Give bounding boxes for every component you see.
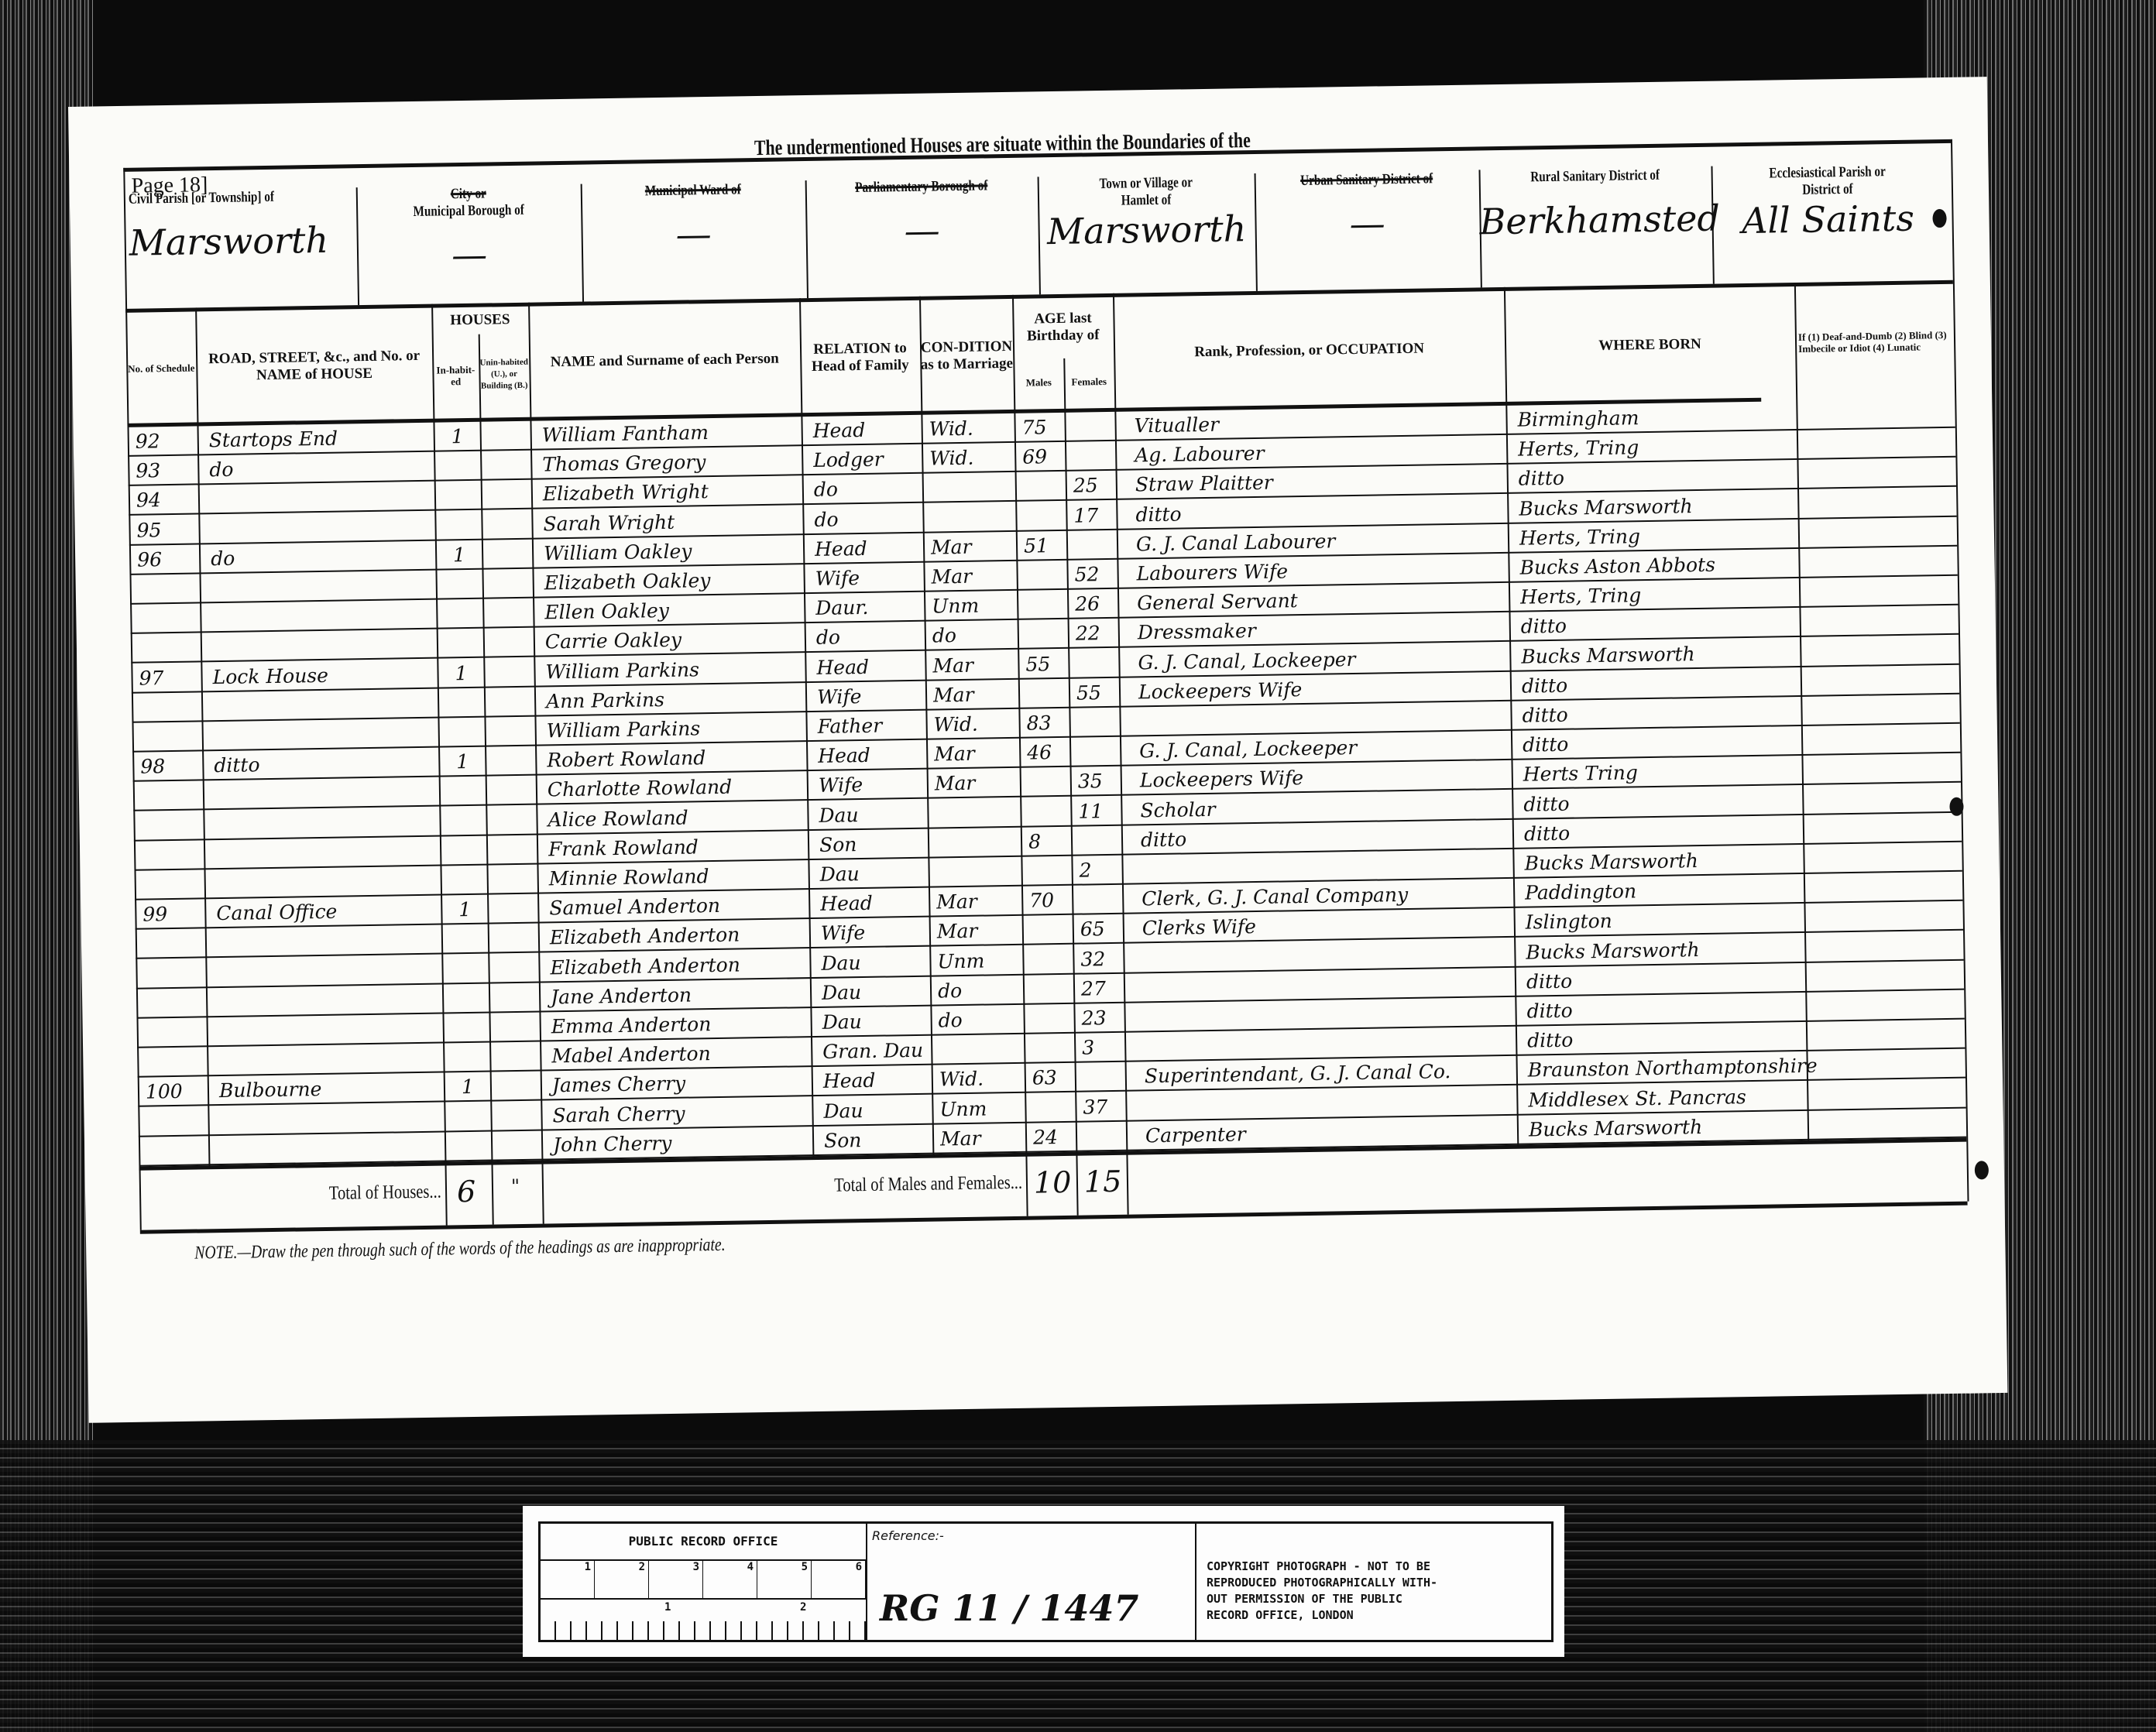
inhabited-count	[458, 866, 458, 895]
inhabited-count	[458, 836, 458, 866]
total-females: 15	[1084, 1164, 1122, 1199]
occupation	[1141, 855, 1142, 884]
inhabited-count	[460, 984, 461, 1013]
header-inhabited: In-habit-ed	[432, 334, 480, 417]
house-name	[218, 1017, 218, 1047]
inhabited-count: 1	[456, 747, 469, 777]
scale-number: 4	[703, 1561, 757, 1598]
relation: Wife	[817, 682, 862, 712]
occupation: Lockeepers Wife	[1138, 675, 1303, 707]
occupation: Dressmaker	[1138, 616, 1257, 647]
schedule-number	[146, 1107, 146, 1137]
ink-blot	[1949, 797, 1963, 816]
header-relation: RELATION to Head of Family	[799, 304, 921, 410]
ruler-number: 1	[664, 1601, 671, 1614]
female-age	[1076, 708, 1077, 738]
male-age: 70	[1029, 886, 1054, 915]
birthplace: Herts, Tring	[1519, 522, 1641, 553]
copyright-line: COPYRIGHT PHOTOGRAPH - NOT TO BE	[1207, 1559, 1540, 1575]
house-name	[211, 574, 211, 603]
relation: Gran. Dau	[822, 1036, 923, 1067]
schedule-number: 96	[137, 545, 162, 574]
marital-condition: Unm	[932, 592, 979, 622]
occupation	[1144, 1033, 1145, 1062]
birthplace: Bucks Marsworth	[1519, 492, 1693, 524]
scale-number: 2	[595, 1561, 649, 1598]
marital-condition	[936, 828, 936, 858]
house-name: Bulbourne	[219, 1075, 322, 1106]
person-name: Sarah Cherry	[552, 1099, 685, 1130]
village-value: Marsworth	[1038, 207, 1255, 252]
schedule-number	[143, 930, 144, 959]
female-age: 17	[1073, 501, 1098, 530]
house-name	[215, 811, 215, 840]
person-name: John Cherry	[553, 1129, 672, 1160]
schedule-number: 93	[136, 456, 160, 485]
occupation: Straw Plaitter	[1135, 468, 1274, 500]
female-age: 23	[1081, 1003, 1106, 1033]
archive-label: PUBLIC RECORD OFFICE 1 2 3 4 5 6 1 2 Ref…	[523, 1506, 1564, 1657]
birthplace: ditto	[1524, 818, 1571, 849]
marital-condition: Unm	[939, 1094, 987, 1124]
female-age	[1074, 530, 1075, 560]
occupation: Clerks Wife	[1142, 912, 1257, 943]
header-age: AGE last Birthday of	[1012, 297, 1114, 358]
person-name: James Cherry	[552, 1069, 686, 1101]
birthplace: ditto	[1527, 1026, 1574, 1056]
relation: Dau	[821, 948, 861, 979]
relation: Dau	[819, 859, 860, 890]
person-name: Ann Parkins	[546, 685, 664, 716]
house-name	[210, 485, 211, 515]
ecclesiastical-parish-field: Ecclesiastical Parish or District of All…	[1711, 163, 1945, 283]
relation: Dau	[823, 1096, 863, 1127]
male-age: 24	[1033, 1123, 1058, 1152]
total-houses-inhabited: 6	[457, 1175, 476, 1209]
rural-sanitary-field: Rural Sanitary District of Berkhamsted	[1479, 166, 1713, 286]
occupation	[1143, 973, 1144, 1003]
house-name	[213, 692, 214, 722]
birthplace: Herts, Tring	[1518, 433, 1639, 464]
marital-condition	[935, 799, 936, 828]
house-name: Lock House	[212, 660, 328, 691]
inhabited-count	[457, 777, 458, 807]
male-age	[1023, 502, 1024, 531]
total-persons-label: Total of Males and Females...	[834, 1172, 1022, 1197]
marital-condition: Mar	[931, 562, 972, 592]
ecclesiastical-parish-value: All Saints	[1711, 197, 1945, 242]
marital-condition: Unm	[937, 946, 984, 976]
house-name: do	[211, 544, 235, 573]
inhabited-count: 1	[453, 540, 466, 570]
occupation: Scholar	[1140, 794, 1216, 825]
schedule-number	[142, 871, 143, 900]
archive-scale: PUBLIC RECORD OFFICE 1 2 3 4 5 6 1 2	[541, 1524, 867, 1640]
relation: Dau	[819, 801, 859, 831]
schedule-number	[140, 723, 141, 753]
female-age: 26	[1075, 589, 1100, 619]
male-age	[1024, 561, 1025, 591]
header-infirmity: If (1) Deaf-and-Dumb (2) Blind (3) Imbec…	[1794, 288, 1958, 395]
male-age	[1025, 620, 1026, 650]
female-age: 65	[1080, 914, 1105, 944]
occupation	[1142, 944, 1143, 973]
header-name: NAME and Surname of each Person	[528, 306, 801, 414]
scale-number: 3	[649, 1561, 703, 1598]
header-where-born: WHERE BORN	[1504, 290, 1796, 400]
house-name: Startops End	[208, 424, 338, 456]
urban-sanitary-field: Urban Sanitary District of —	[1255, 170, 1481, 290]
village-field: Town or Village or Hamlet of Marsworth	[1038, 173, 1256, 293]
schedule-number	[138, 575, 139, 605]
occupation: Labourers Wife	[1136, 557, 1288, 588]
birthplace: ditto	[1522, 701, 1568, 731]
schedule-number: 97	[139, 664, 163, 693]
person-name: William Parkins	[546, 714, 700, 746]
header-males: Males	[1013, 358, 1064, 406]
occupation: Carpenter	[1145, 1120, 1246, 1151]
inhabited-count	[455, 688, 456, 718]
female-age	[1077, 738, 1078, 767]
schedule-number	[145, 1019, 146, 1048]
marital-condition: do	[938, 976, 963, 1006]
female-age	[1073, 442, 1073, 472]
person-name: Charlotte Rowland	[548, 773, 733, 805]
scale-number: 1	[541, 1561, 595, 1598]
male-age	[1023, 472, 1024, 502]
female-age: 22	[1076, 619, 1100, 649]
marital-condition: do	[932, 621, 957, 650]
house-name: ditto	[214, 750, 260, 780]
copyright-line: RECORD OFFICE, LONDON	[1207, 1607, 1540, 1624]
total-houses-uninhabited: "	[511, 1175, 520, 1197]
male-age: 63	[1032, 1063, 1057, 1092]
birthplace: ditto	[1518, 464, 1564, 494]
male-age: 46	[1027, 738, 1052, 767]
archive-label-frame: PUBLIC RECORD OFFICE 1 2 3 4 5 6 1 2 Ref…	[538, 1521, 1553, 1642]
female-age: 2	[1079, 856, 1092, 885]
total-males: 10	[1034, 1165, 1072, 1200]
relation: Head	[816, 652, 869, 682]
schedule-number	[142, 841, 142, 870]
male-age: 51	[1024, 531, 1049, 561]
inhabited-count	[454, 599, 455, 629]
ruler-number: 2	[800, 1601, 806, 1614]
male-age: 8	[1028, 827, 1042, 856]
parliamentary-borough-field: Parliamentary Borough of —	[805, 177, 1039, 297]
rural-sanitary-value: Berkhamsted	[1479, 197, 1712, 243]
birthplace: Bucks Marsworth	[1524, 846, 1698, 879]
inhabited-count: 1	[458, 895, 472, 924]
female-age: 11	[1078, 797, 1103, 826]
marital-condition: Mar	[936, 887, 977, 917]
person-name: Carrie Oakley	[545, 626, 682, 657]
total-houses-label: Total of Houses...	[329, 1182, 441, 1205]
civil-parish-value: Marsworth	[129, 218, 362, 264]
inhabited-count	[462, 1132, 463, 1161]
header-occupation: Rank, Profession, or OCCUPATION	[1113, 295, 1505, 406]
reference-label: Reference:-	[872, 1528, 944, 1543]
relation: Head	[823, 1066, 876, 1096]
header-uninhabited: Unin-habited (U.), or Building (B.)	[479, 334, 530, 416]
house-name	[211, 603, 212, 633]
relation: Dau	[822, 1007, 862, 1037]
person-name: Elizabeth Oakley	[544, 566, 710, 598]
house-name	[217, 929, 218, 959]
male-age	[1032, 1034, 1032, 1064]
schedule-number: 99	[142, 900, 167, 929]
schedule-number: 95	[136, 516, 161, 545]
birthplace: Paddington	[1525, 877, 1637, 908]
schedule-number: 100	[146, 1077, 183, 1107]
house-name	[218, 1047, 219, 1076]
person-name: William Fantham	[541, 418, 709, 450]
reference-value: RG 11 / 1447	[880, 1587, 1138, 1629]
reference-box: Reference:- RG 11 / 1447	[866, 1524, 1196, 1640]
header-schedule: No. of Schedule	[125, 315, 197, 420]
house-name	[215, 781, 215, 811]
marital-condition: Wid.	[929, 414, 973, 444]
relation: Head	[820, 889, 873, 919]
inhabited-count	[453, 570, 454, 599]
scale-numbers: 1 2 3 4 5 6	[541, 1561, 866, 1600]
inhabited-count	[455, 718, 456, 747]
inhabited-count	[455, 629, 455, 659]
female-age	[1083, 1122, 1084, 1151]
census-page: Page 18] The undermentioned Houses are s…	[68, 77, 2007, 1423]
female-age: 32	[1080, 945, 1105, 974]
male-age	[1030, 945, 1031, 975]
relation: Father	[817, 712, 882, 742]
house-name	[215, 840, 216, 869]
inhabited-count	[457, 807, 458, 836]
female-age: 37	[1083, 1092, 1107, 1122]
house-name	[220, 1136, 221, 1165]
copyright-notice: COPYRIGHT PHOTOGRAPH - NOT TO BE REPRODU…	[1207, 1559, 1540, 1624]
schedule-number	[139, 634, 139, 664]
female-age: 25	[1073, 472, 1098, 501]
marital-condition: Mar	[933, 681, 974, 711]
birthplace: ditto	[1523, 730, 1569, 760]
marital-condition: Wid.	[939, 1065, 984, 1095]
relation: Wife	[815, 564, 860, 594]
inhabited-count	[459, 955, 460, 984]
male-age: 75	[1021, 413, 1046, 442]
female-age: 3	[1082, 1034, 1095, 1063]
house-name	[219, 1106, 220, 1136]
ink-blot	[1932, 209, 1946, 228]
civil-parish-field: Civil Parish [or Township] of Marsworth	[124, 187, 362, 307]
birthplace: ditto	[1526, 996, 1573, 1027]
female-age	[1083, 1063, 1083, 1092]
inhabited-count	[460, 1013, 461, 1043]
person-name: Emma Anderton	[551, 1010, 711, 1041]
relation: Wife	[819, 770, 863, 801]
birthplace: ditto	[1520, 612, 1567, 642]
marital-condition: Wid.	[933, 710, 978, 740]
house-name	[213, 722, 214, 751]
occupation	[1145, 1092, 1145, 1121]
male-age: 83	[1026, 708, 1051, 738]
occupation: General Servant	[1137, 586, 1298, 618]
inhabited-count	[459, 925, 460, 955]
female-age: 55	[1076, 678, 1101, 708]
marital-condition: do	[938, 1006, 963, 1035]
female-age: 27	[1081, 974, 1106, 1003]
schedule-number	[141, 811, 142, 841]
marital-condition	[930, 474, 931, 503]
male-age	[1028, 768, 1028, 797]
header-condition: CON-DITION as to Marriage	[919, 303, 1014, 409]
schedule-number	[144, 989, 145, 1018]
marital-condition	[936, 859, 936, 888]
person-name: William Oakley	[544, 537, 692, 568]
relation: Head	[815, 534, 867, 564]
birthplace: Bucks Marsworth	[1526, 935, 1700, 968]
female-age	[1079, 826, 1080, 856]
occupation	[1138, 707, 1139, 736]
scale-number: 6	[812, 1561, 866, 1598]
inhabited-count	[461, 1043, 462, 1072]
inhabited-count	[451, 451, 452, 481]
female-age	[1080, 886, 1080, 915]
inhabited-count: 1	[451, 422, 464, 451]
person-name: Sarah Wright	[543, 507, 675, 539]
female-age: 52	[1074, 560, 1099, 589]
census-form: Page 18] The undermentioned Houses are s…	[123, 108, 1969, 1345]
person-name: Jane Anderton	[551, 980, 692, 1012]
house-name: Canal Office	[216, 897, 338, 928]
copyright-line: OUT PERMISSION OF THE PUBLIC	[1207, 1591, 1540, 1607]
male-age	[1028, 857, 1029, 887]
municipal-borough-field: City or Municipal Borough of —	[356, 184, 582, 304]
person-name: Ellen Oakley	[544, 596, 669, 628]
birthplace: Bucks Marsworth	[1521, 640, 1695, 672]
relation: Dau	[822, 978, 862, 1008]
schedule-number	[139, 693, 140, 722]
occupation: ditto	[1135, 499, 1182, 530]
municipal-ward-field: Municipal Ward of —	[581, 180, 807, 300]
person-name: Minnie Rowland	[548, 862, 709, 893]
relation: do	[816, 623, 841, 653]
relation: Daur.	[815, 593, 869, 623]
birthplace: Herts, Tring	[1520, 581, 1642, 612]
male-age	[1026, 679, 1027, 708]
marital-condition: Mar	[931, 533, 972, 563]
marital-condition: Wid.	[929, 444, 974, 474]
male-age: 69	[1022, 442, 1047, 472]
birthplace: Herts Tring	[1523, 759, 1638, 790]
schedule-number	[141, 782, 142, 811]
inhabited-count	[452, 511, 453, 540]
house-name	[218, 988, 218, 1017]
schedule-number	[145, 1048, 146, 1078]
occupation: ditto	[1141, 825, 1187, 855]
header-females: Females	[1063, 358, 1114, 405]
person-name: Samuel Anderton	[549, 891, 720, 923]
house-name	[215, 869, 216, 899]
person-name: Mabel Anderton	[551, 1039, 711, 1071]
schedule-number: 94	[136, 486, 161, 516]
house-name	[212, 633, 213, 663]
copyright-line: REPRODUCED PHOTOGRAPHICALLY WITH-	[1207, 1575, 1540, 1591]
schedule-number	[143, 959, 144, 989]
relation: Son	[819, 830, 857, 860]
relation: Lodger	[813, 445, 884, 475]
birthplace: ditto	[1523, 789, 1570, 819]
archive-office: PUBLIC RECORD OFFICE	[541, 1524, 866, 1561]
header-houses: HOUSES	[431, 306, 529, 335]
birthplace: Bucks Marsworth	[1529, 1113, 1703, 1145]
person-name: Alice Rowland	[548, 803, 688, 835]
male-age	[1031, 1005, 1032, 1034]
birthplace: Birmingham	[1517, 403, 1639, 434]
house-name	[217, 959, 218, 988]
marital-condition: Mar	[935, 769, 976, 799]
person-name: William Parkins	[545, 655, 699, 687]
birthplace: ditto	[1522, 671, 1568, 701]
male-age	[1028, 797, 1028, 827]
inhabited-count: 1	[462, 1072, 475, 1102]
male-age	[1030, 916, 1031, 945]
occupation: Vitualler	[1134, 410, 1219, 441]
person-name: Frank Rowland	[548, 832, 699, 864]
male-age	[1031, 975, 1032, 1004]
male-age	[1032, 1093, 1033, 1123]
person-name: Thomas Gregory	[542, 448, 706, 479]
occupation: Ag. Labourer	[1135, 439, 1265, 471]
marital-condition: Mar	[937, 917, 978, 947]
inhabited-count: 1	[455, 659, 468, 688]
relation: Head	[812, 416, 865, 446]
inch-ruler: 1 2	[541, 1600, 866, 1640]
inhabited-count	[452, 482, 453, 511]
birthplace: ditto	[1526, 966, 1573, 996]
relation: Son	[824, 1126, 862, 1156]
female-age	[1076, 649, 1076, 678]
male-age: 55	[1025, 650, 1050, 679]
relation: do	[814, 475, 839, 505]
male-age	[1025, 591, 1025, 620]
schedule-number: 92	[136, 427, 160, 456]
person-name: Elizabeth Wright	[543, 477, 709, 509]
house-name: do	[209, 455, 234, 485]
marital-condition	[930, 503, 931, 533]
occupation: Lockeepers Wife	[1140, 763, 1304, 795]
form-note: NOTE.—Draw the pen through such of the w…	[194, 1235, 726, 1264]
person-name: Robert Rowland	[547, 743, 706, 775]
schedule-number: 98	[140, 752, 165, 781]
inhabited-count	[462, 1103, 462, 1132]
schedule-number	[138, 605, 139, 634]
relation: Head	[818, 741, 870, 771]
relation: Wife	[821, 918, 866, 948]
marital-condition	[939, 1036, 939, 1065]
occupation	[1143, 1003, 1144, 1032]
schedule-number	[146, 1137, 147, 1166]
marital-condition: Mar	[940, 1123, 981, 1154]
house-name	[210, 515, 211, 544]
scale-number: 5	[757, 1561, 812, 1598]
marital-condition: Mar	[934, 739, 975, 770]
relation: do	[814, 505, 839, 534]
ink-blot	[1975, 1161, 1989, 1179]
female-age: 35	[1078, 767, 1103, 797]
female-age	[1072, 413, 1073, 442]
marital-condition: Mar	[932, 650, 973, 681]
header-road: ROAD, STREET, &c., and No. or NAME of HO…	[195, 312, 433, 420]
birthplace: Islington	[1525, 907, 1612, 938]
